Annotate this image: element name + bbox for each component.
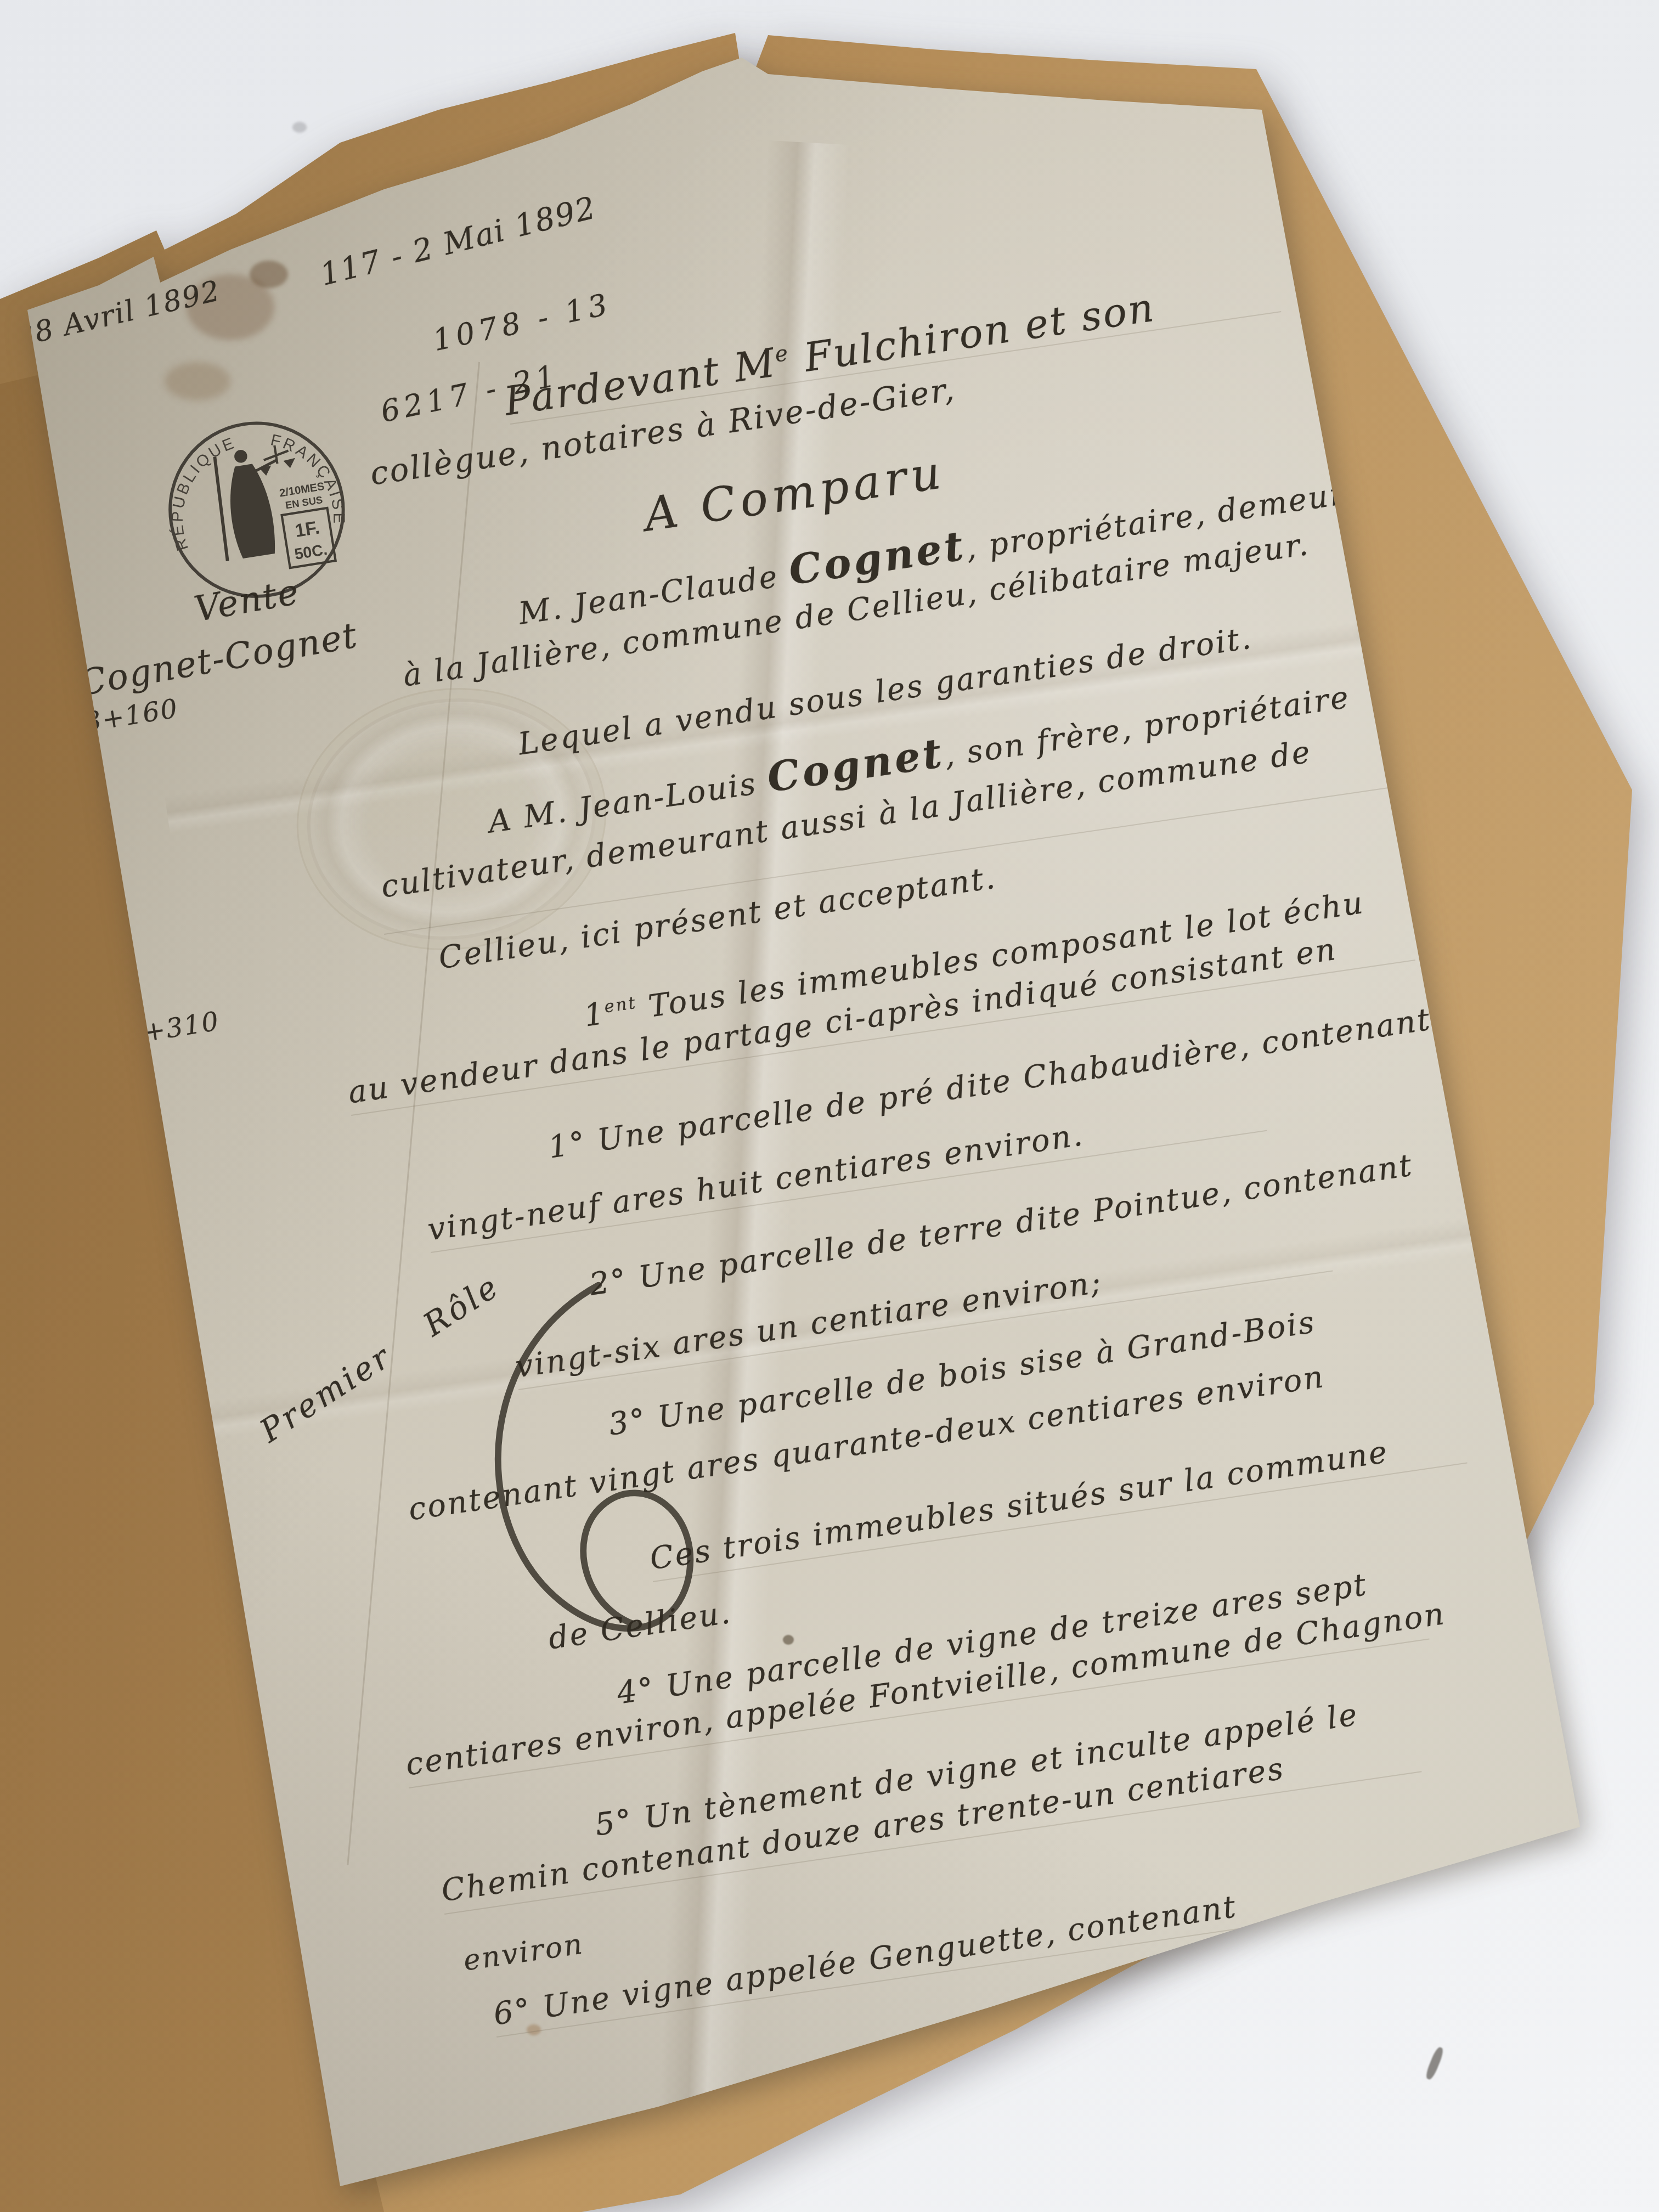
ruled-guide-line	[653, 1462, 1468, 1582]
smudge-stain	[165, 362, 230, 400]
ink-smudge-stain	[250, 261, 288, 288]
doc-line: environ	[461, 1927, 586, 1977]
fee-calculation-note: 133+160	[47, 693, 180, 743]
doc-line-sup: ent	[603, 992, 638, 1017]
fee-calculation-note: 133+310	[88, 1006, 222, 1056]
stamp-value-centimes: 50C.	[293, 541, 328, 563]
doc-line-text: Fulchiron et son	[787, 284, 1158, 383]
photo-scene: RÉPUBLIQUE FRANÇAISE 2/10MES EN SUS	[0, 0, 1659, 2212]
sale-title-note: Cognet-Cognet	[76, 615, 361, 704]
ruled-guide-line	[496, 1898, 1447, 2038]
stamp-value-francs: 1F.	[294, 517, 321, 541]
registration-number-note: 117 - 2 Mai 1892	[317, 190, 600, 293]
paper-shadow: RÉPUBLIQUE FRANÇAISE 2/10MES EN SUS	[0, 0, 1659, 2212]
doc-line: A Comparu	[641, 445, 948, 542]
fox-spot-stain	[1361, 614, 1399, 642]
doc-line: 6° Une vigne appelée Genguette, contenan…	[491, 1889, 1239, 2033]
fox-spot-stain	[783, 1635, 794, 1645]
registration-number-note: 1078 - 13	[430, 286, 614, 358]
document-sheet: RÉPUBLIQUE FRANÇAISE 2/10MES EN SUS	[0, 0, 1659, 2212]
